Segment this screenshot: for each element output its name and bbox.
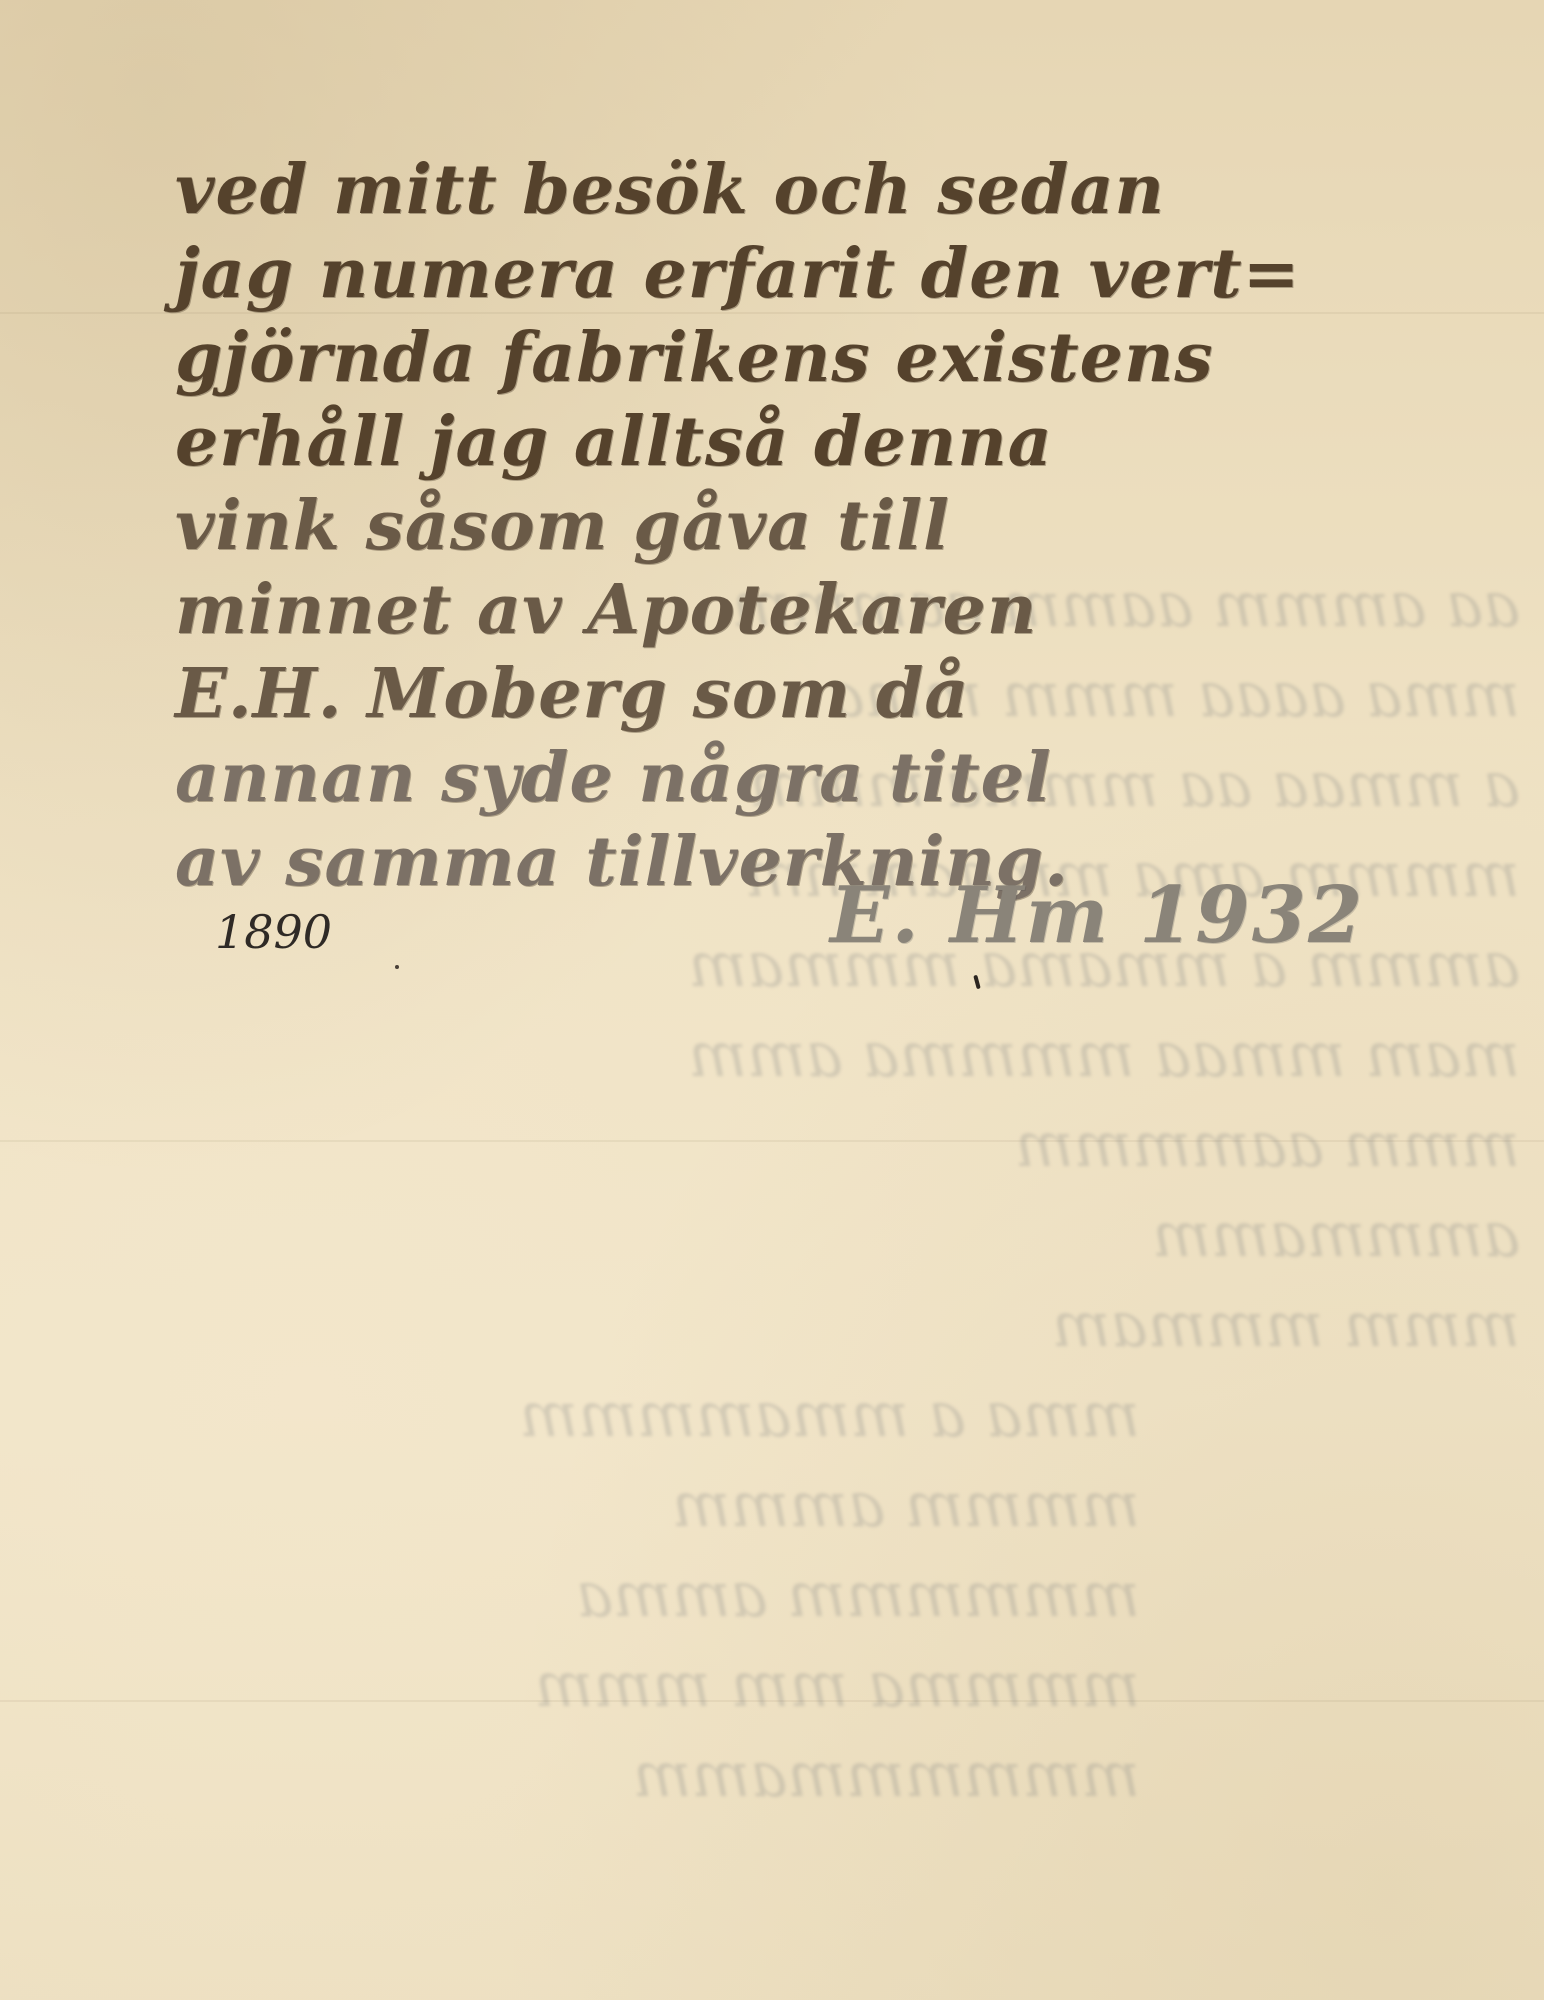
bleed-line: mmmmmmamm	[20, 1730, 1520, 1820]
bleed-line: mmm mmmam	[20, 1280, 1520, 1370]
bleed-line: mmm aammmm	[20, 1100, 1520, 1190]
document-page: aa ammm aamm aammm mma aaaa mmm mma a mm…	[0, 0, 1544, 2000]
letter-line: jag numera erfarit den vert=	[175, 232, 1515, 316]
letter-line: minnet av Apotekaren	[175, 568, 1515, 652]
signature: E. Hm 1932	[830, 870, 1364, 961]
letter-line: E.H. Moberg som då	[175, 652, 1515, 736]
bleed-line: mmmm ammm	[20, 1460, 1520, 1550]
ink-mark	[973, 975, 980, 990]
bleed-line: ammmamm	[20, 1190, 1520, 1280]
bleed-line: mmmmmm amma	[20, 1550, 1520, 1640]
letter-line: vink såsom gåva till	[175, 484, 1515, 568]
ink-dot	[395, 965, 399, 969]
letter-line: gjörnda fabrikens existens	[175, 316, 1515, 400]
letter-line: ved mitt besök och sedan	[175, 148, 1515, 232]
margin-year-note: 1890	[215, 905, 332, 959]
paper-fold-line	[0, 1700, 1544, 1702]
letter-body: ved mitt besök och sedan jag numera erfa…	[175, 148, 1515, 904]
bleed-line: mma a mmammmm	[20, 1370, 1520, 1460]
letter-line: erhåll jag alltså denna	[175, 400, 1515, 484]
letter-line: annan syde några titel	[175, 736, 1515, 820]
bleed-line: mam mmaa mmmma amm	[20, 1010, 1520, 1100]
bleed-line: mmmma mm mmm	[20, 1640, 1520, 1730]
paper-fold-line	[0, 1140, 1544, 1142]
